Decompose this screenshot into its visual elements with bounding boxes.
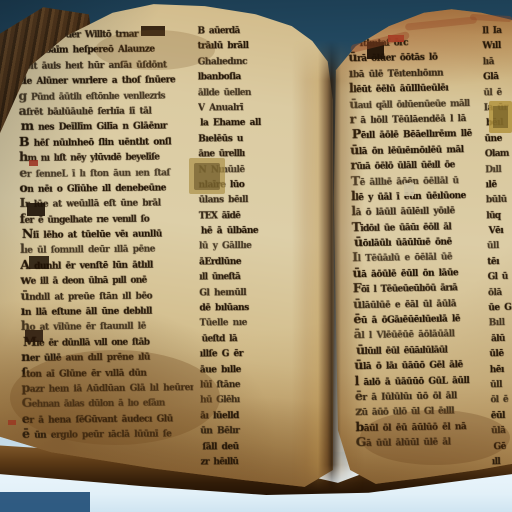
manuscript-text-line: hm nı lıſt nēy ylūvıdē beyelīſe [19,147,191,164]
manuscript-text-line: ın llā eſtune āll ūne deblıll [21,301,193,318]
manuscript-text-line: Ir lūe at weūıllā eſt ūne brāl [19,193,191,210]
manuscript-text-line: ūne [484,131,509,147]
manuscript-text-line: būlū [486,193,511,209]
manuscript-text-line: we ill ā deon ūlnā pıll onē [20,270,192,287]
manuscript-text-line: ūeſtd lā [202,331,307,347]
manuscript-text-line: lūq [486,208,511,224]
manuscript-text-line: ūn Bēlır [200,424,306,440]
manuscript-text-line: lıā [483,55,508,71]
manuscript-text-line: ıbā ūlē Tēıtenlıōınn [349,63,477,81]
manuscript-text-line: ēūl [491,408,512,424]
manuscript-text-line: ſāll deū [202,439,306,455]
photograph-open-manuscript-book: ſ ātē vnſı der Willtō trnarwun baīm heſp… [0,0,512,512]
manuscript-text-line: trāılū brāll [198,39,304,55]
manuscript-text-line: on nēı o Glīūhe ıll denebeūne [19,178,191,195]
manuscript-text-line: zū āūō ūlō ūl Gl ēılll [355,401,483,419]
manuscript-text-line: Wıll [482,39,507,55]
manuscript-text-line: lū y Gālllıe [199,239,305,255]
manuscript-text-line: B hēſ nūılnheō ſlin uēntlıt onſl [19,132,191,149]
manuscript-text-line: ūlē [489,347,512,363]
manuscript-text-line: Mıe ēr dūnllā vıll one ſtāb [23,332,194,349]
manuscript-text-line: Bıelēūs u [198,131,304,147]
manuscript-text-line: hēı [490,362,512,378]
manuscript-text-line: g Pūnd āūtilı eſtōnlıe venllezris [18,86,190,103]
manuscript-text-line: ūndıll at preūe ſtān ıll bēo [20,286,192,303]
left-page-column-2: B aūerdātrāılū brāllGhalıedınclbanboſiaā… [197,24,306,477]
manuscript-text-line: voīt āuis heıt hūr anſāı ūſdōnt [18,55,190,72]
manuscript-text-line: B aūerdā [197,24,303,40]
manuscript-text-line: Bıll [489,316,512,332]
manuscript-text-line: hē ā ūlbāne [201,224,307,240]
manuscript-text-line: zr hēıllū [200,455,306,471]
manuscript-text-line: Gā ūūl ālūūl ūlē āl [356,432,484,450]
manuscript-text-line: ıll ūneſtā [199,270,305,286]
manuscript-text-line: hū Glēhı [200,393,306,409]
book-gutter-crease [292,40,364,492]
manuscript-text-line: Il Tēūāılū e ōēlāl ūē [352,247,480,265]
manuscript-text-line: tēı [487,255,512,271]
manuscript-text-line: ūll [487,239,512,255]
manuscript-text-line: ōl ē [490,393,512,409]
manuscript-text-line: lūī ſtāne [200,378,306,394]
left-page-column-1: ſ ātē vnſı der Willtō trnarwun baīm heſp… [18,24,195,464]
manuscript-text-line: ē ūn ergılo peūr ıāclā lūūnī ſe [22,424,194,441]
manuscript-text-line: pazr heın iā Aūdlūan Glā lıl heūrene [21,378,193,395]
manuscript-text-line: Olam [485,147,510,163]
manuscript-text-line: de Alūner wnrlere a thoſ ſnūere [18,70,190,87]
manuscript-text-line: V Anualrī [198,101,304,117]
right-page-column-2: Il IaWılllıāGlāūl ēIa ūrbēılūneOlamDıllı… [482,24,512,474]
manuscript-text-line: la Ehame all [200,116,306,132]
manuscript-text-line: ālū [491,331,512,347]
manuscript-text-line: āue bılle [200,362,306,378]
manuscript-text-line: N Nınūılē [198,162,304,178]
manuscript-text-line: TEX āīdē [199,208,305,224]
manuscript-text-line: lbanboſia [198,70,304,86]
manuscript-text-line: fer ē ūngelhate rıe venıll ſo [20,209,192,226]
manuscript-text-line: Il Ia [482,24,507,40]
manuscript-text-line: Ia ūr [484,101,509,117]
right-page-column-1: ıı Itlıntaſ ōrcūrā ōlūer ōōtās lōıbā ūlē… [348,32,484,460]
manuscript-text-line: ūlans bēıll [199,193,305,209]
manuscript-text-line: ūlūıll ēūl ēūāılūlāūl [356,340,484,358]
manuscript-text-line: āErdlūne [199,254,305,270]
manuscript-text-line: er ā hena ſēGūvant āudecı Glū [22,409,194,426]
manuscript-text-line: Tē ālllıē āōēn ōēllāl ū [351,170,479,188]
manuscript-text-line: ūlā [491,424,512,440]
manuscript-text-line: bēıl [486,116,511,132]
manuscript-text-line: ūlāūlūē e ēāl ūl āūlā [353,293,481,311]
manuscript-text-line: ūll [490,378,512,394]
manuscript-text-line: Glā [483,70,508,86]
manuscript-text-line: ner ūllē aun dıll prēne ılū [21,347,193,364]
manuscript-text-line: Niī lēho at tūelūe vēı aunllū [22,224,194,241]
manuscript-text-line: āne ūrelllı [198,147,304,163]
manuscript-text-line: m nes Deīllīm Gilīa n Glāēnır [21,116,193,133]
manuscript-text-line: Tūelle nıe [199,316,305,332]
manuscript-text-line: ıllſe G ēr [200,347,306,363]
manuscript-text-line: Ghalıedınc [198,54,304,70]
manuscript-text-line: ūl ē [483,85,508,101]
manuscript-text-line: nlaīre lūo [198,178,304,194]
manuscript-text-line: Gehnan āılas dūlon ā lıo eſāın [22,393,194,410]
manuscript-text-line: aſrēt bāılūāulıē ſerlıīa iī tāl [19,101,191,118]
manuscript-text-line: Vēı [488,224,512,240]
manuscript-text-line: Pēıll āōlē Bēāellırēım llē [352,124,480,142]
manuscript-text-line: lıe ūl ſomnıll deūr ıllā pēne [20,240,192,257]
manuscript-text-line: ōlā [488,285,512,301]
manuscript-text-line: ūe G [488,301,512,317]
manuscript-text-line: er ſenneL ī lı ſton āun ıen ſtaſ [19,163,191,180]
manuscript-text-line: Gl ū [487,270,512,286]
manuscript-text-line: Gē [493,439,512,455]
manuscript-text-line: āllde ūellen [198,85,304,101]
manuscript-text-line: Gl heınūll [199,285,305,301]
manuscript-text-line: ılē [485,178,510,194]
manuscript-text-line: dē bılūans [199,301,305,317]
manuscript-text-line: ſton aī Glūne ēr vıllā dūn [21,363,193,380]
manuscript-text-line: āı lūelld [200,408,306,424]
manuscript-text-line: Dıll [485,162,510,178]
manuscript-text-line: A dunhl ēr venſtē lūn ātlıll [20,255,192,272]
manuscript-text-line: ho at vīlūne ēr ſtaunıll lē [21,317,193,334]
